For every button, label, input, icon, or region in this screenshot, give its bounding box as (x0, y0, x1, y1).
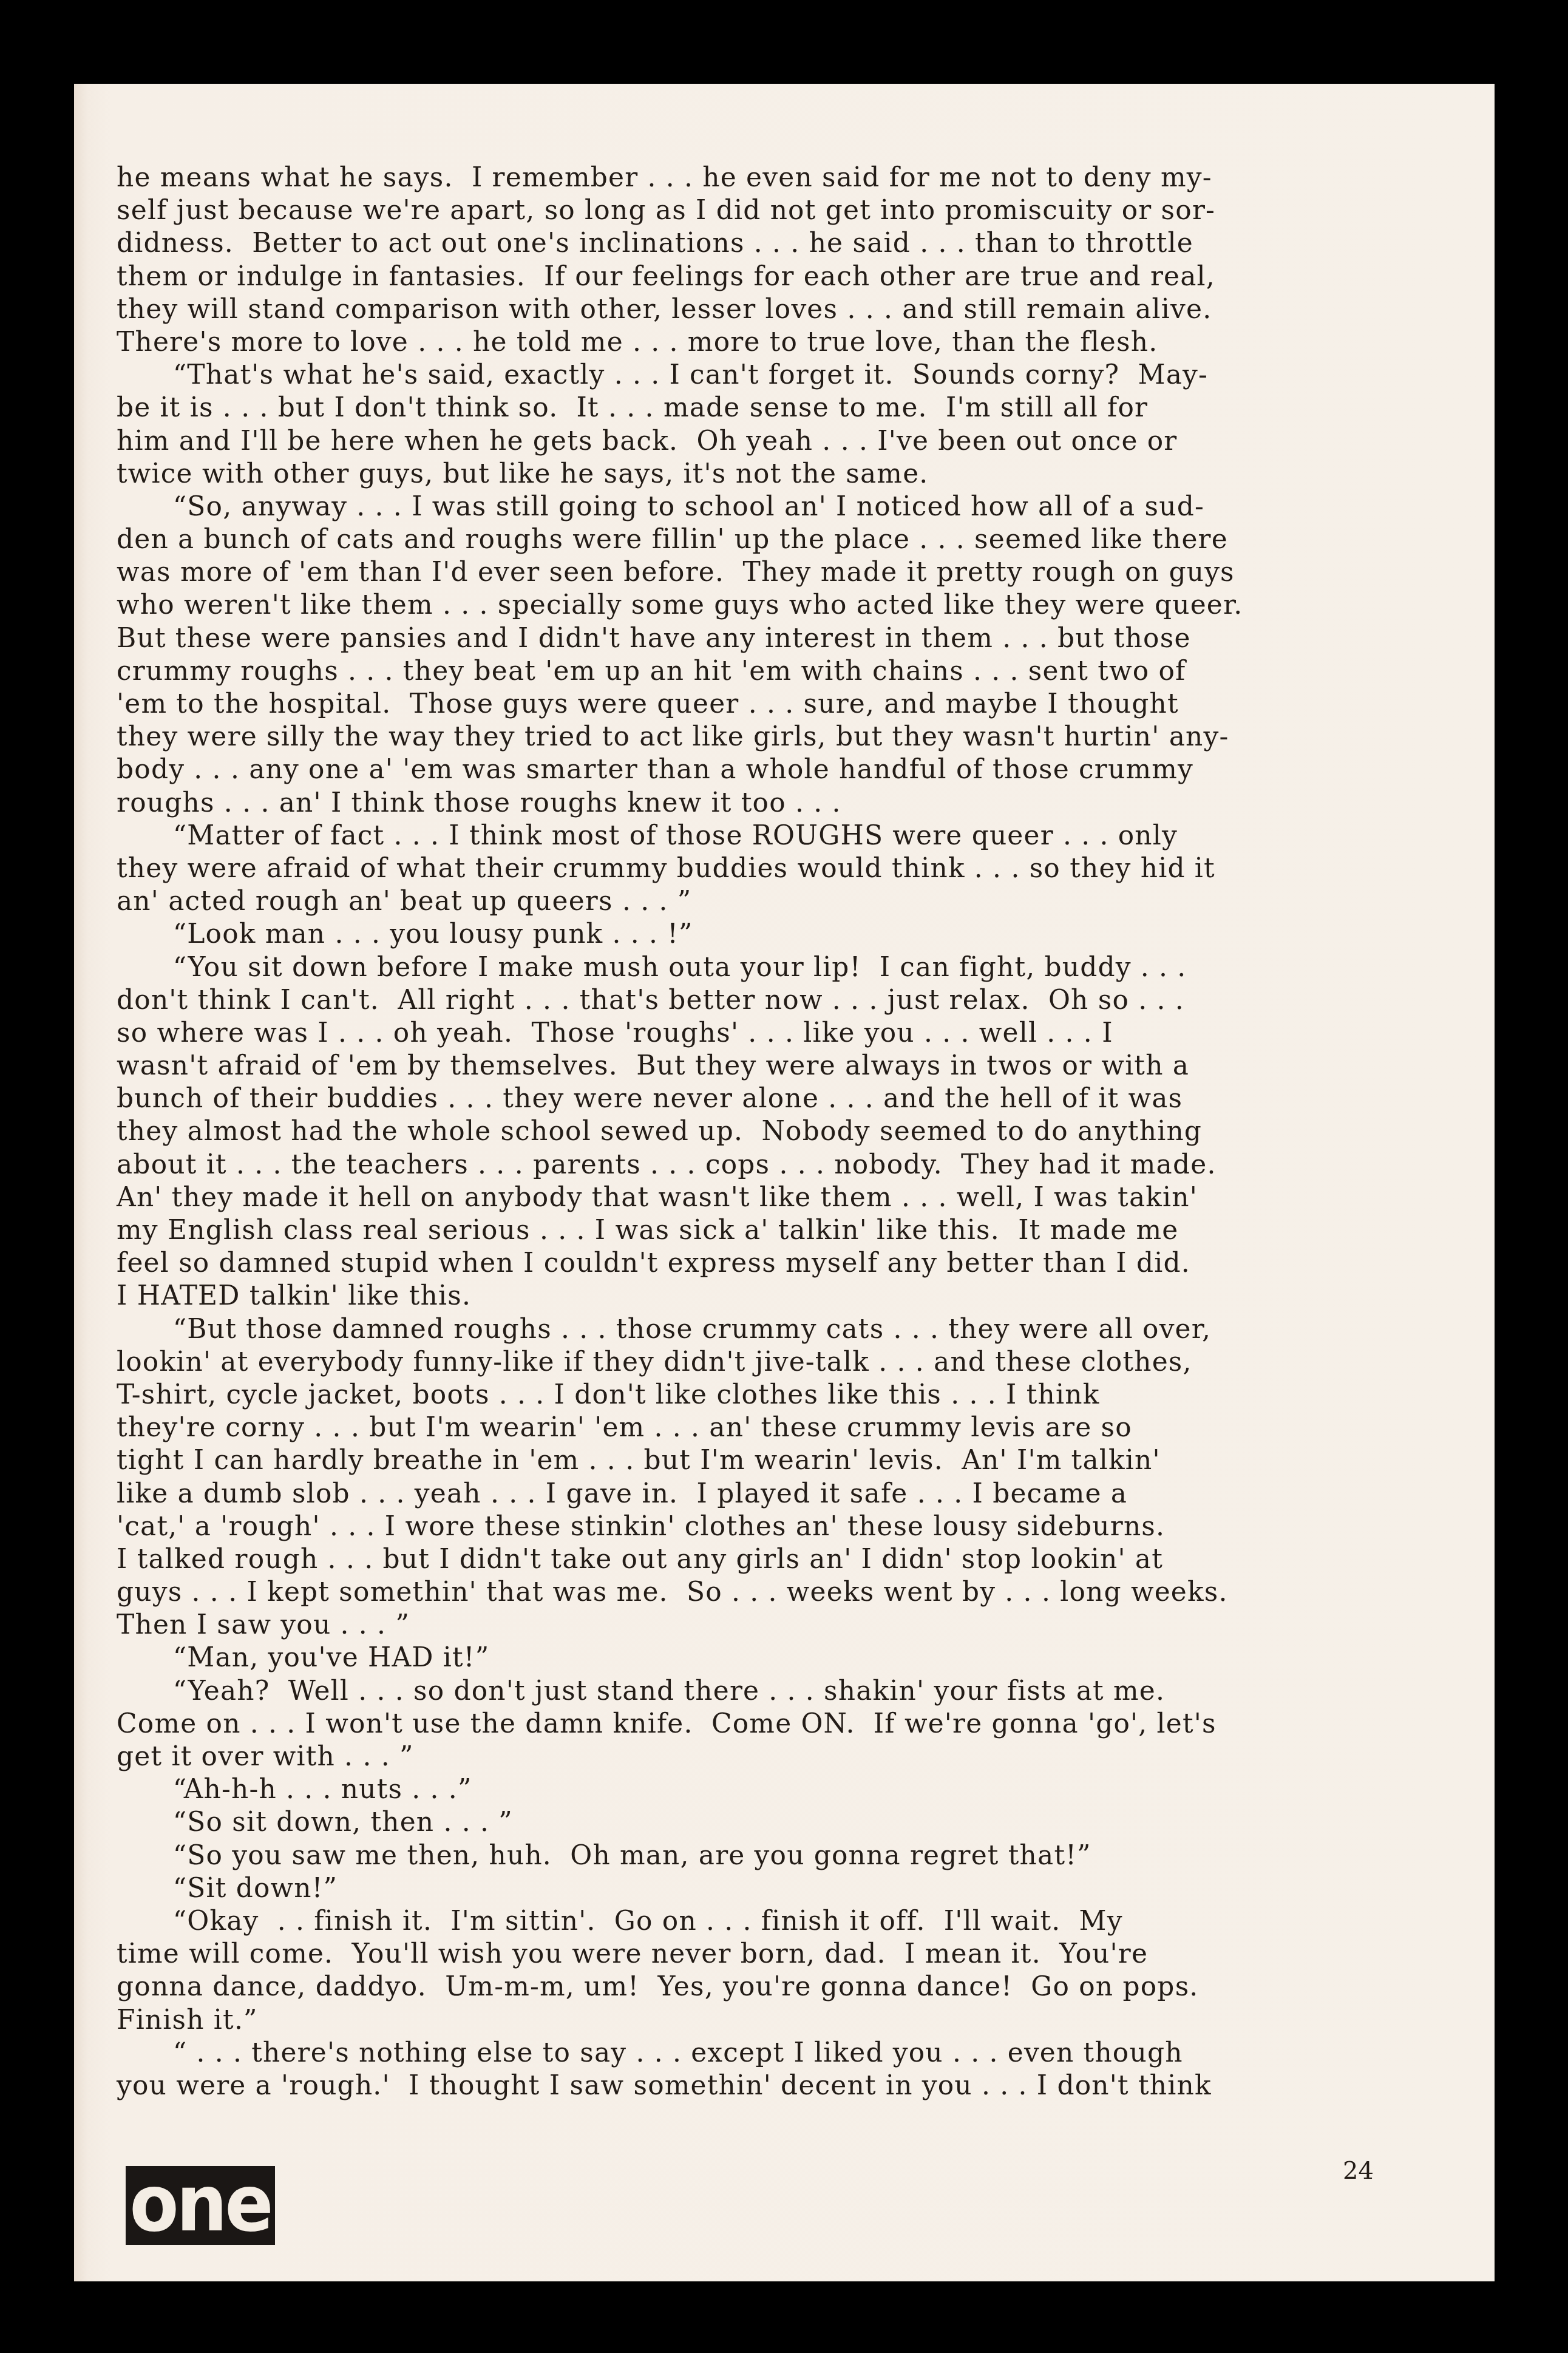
text-line: get it over with . . . ” (117, 1740, 1458, 1773)
text-line: “So sit down, then . . . ” (117, 1806, 1458, 1839)
text-line: “So you saw me then, huh. Oh man, are yo… (117, 1839, 1458, 1872)
text-line: them or indulge in fantasies. If our fee… (117, 260, 1458, 293)
text-line: “ . . . there's nothing else to say . . … (117, 2037, 1458, 2069)
text-line: they almost had the whole school sewed u… (117, 1115, 1458, 1148)
text-line: self just because we're apart, so long a… (117, 194, 1458, 227)
text-line: An' they made it hell on anybody that wa… (117, 1181, 1458, 1214)
text-line: twice with other guys, but like he says,… (117, 458, 1458, 491)
text-line: Then I saw you . . . ” (117, 1609, 1458, 1642)
logo-text: one (129, 2165, 271, 2242)
text-line: my English class real serious . . . I wa… (117, 1214, 1458, 1247)
text-line: they're corny . . . but I'm wearin' 'em … (117, 1411, 1458, 1444)
text-line: he means what he says. I remember . . . … (117, 161, 1458, 194)
text-line: There's more to love . . . he told me . … (117, 326, 1458, 359)
magazine-logo: one (126, 2166, 275, 2245)
text-line: guys . . . I kept somethin' that was me.… (117, 1576, 1458, 1609)
text-line: lookin' at everybody funny-like if they … (117, 1346, 1458, 1379)
text-line: gonna dance, daddyo. Um-m-m, um! Yes, yo… (117, 1971, 1458, 2003)
page-number: 24 (1343, 2157, 1374, 2185)
text-line: “So, anyway . . . I was still going to s… (117, 491, 1458, 523)
text-line: “Matter of fact . . . I think most of th… (117, 820, 1458, 852)
text-line: 'em to the hospital. Those guys were que… (117, 688, 1458, 721)
text-line: they were afraid of what their crummy bu… (117, 852, 1458, 885)
text-line: “Sit down!” (117, 1872, 1458, 1905)
text-line: “Yeah? Well . . . so don't just stand th… (117, 1675, 1458, 1708)
text-line: tight I can hardly breathe in 'em . . . … (117, 1444, 1458, 1477)
text-line: like a dumb slob . . . yeah . . . I gave… (117, 1478, 1458, 1510)
text-line: T-shirt, cycle jacket, boots . . . I don… (117, 1379, 1458, 1411)
text-line: I talked rough . . . but I didn't take o… (117, 1543, 1458, 1576)
text-line: “Okay . . finish it. I'm sittin'. Go on … (117, 1905, 1458, 1938)
text-line: “Look man . . . you lousy punk . . . !” (117, 918, 1458, 951)
text-line: “You sit down before I make mush outa yo… (117, 951, 1458, 984)
text-line: don't think I can't. All right . . . tha… (117, 984, 1458, 1017)
text-line: 'cat,' a 'rough' . . . I wore these stin… (117, 1510, 1458, 1543)
text-line: “That's what he's said, exactly . . . I … (117, 359, 1458, 392)
text-line: den a bunch of cats and roughs were fill… (117, 523, 1458, 556)
text-line: feel so damned stupid when I couldn't ex… (117, 1247, 1458, 1280)
text-line: time will come. You'll wish you were nev… (117, 1938, 1458, 1971)
text-line: I HATED talkin' like this. (117, 1280, 1458, 1312)
text-line: But these were pansies and I didn't have… (117, 622, 1458, 655)
text-line: didness. Better to act out one's inclina… (117, 227, 1458, 260)
text-line: him and I'll be here when he gets back. … (117, 425, 1458, 458)
text-line: roughs . . . an' I think those roughs kn… (117, 787, 1458, 820)
text-line: “Ah-h-h . . . nuts . . .” (117, 1773, 1458, 1806)
text-line: “Man, you've HAD it!” (117, 1642, 1458, 1674)
text-line: you were a 'rough.' I thought I saw some… (117, 2069, 1458, 2102)
magazine-page: he means what he says. I remember . . . … (74, 84, 1495, 2281)
text-line: bunch of their buddies . . . they were n… (117, 1082, 1458, 1115)
text-line: body . . . any one a' 'em was smarter th… (117, 753, 1458, 786)
text-line: about it . . . the teachers . . . parent… (117, 1149, 1458, 1181)
text-line: an' acted rough an' beat up queers . . .… (117, 885, 1458, 918)
text-line: be it is . . . but I don't think so. It … (117, 392, 1458, 424)
text-line: Come on . . . I won't use the damn knife… (117, 1708, 1458, 1740)
text-line: “But those damned roughs . . . those cru… (117, 1313, 1458, 1346)
text-line: crummy roughs . . . they beat 'em up an … (117, 655, 1458, 688)
body-text: he means what he says. I remember . . . … (117, 161, 1476, 2102)
text-line: wasn't afraid of 'em by themselves. But … (117, 1050, 1458, 1082)
text-line: was more of 'em than I'd ever seen befor… (117, 556, 1458, 589)
text-line: so where was I . . . oh yeah. Those 'rou… (117, 1017, 1458, 1050)
text-line: who weren't like them . . . specially so… (117, 589, 1458, 622)
text-line: Finish it.” (117, 2004, 1458, 2037)
text-line: they will stand comparison with other, l… (117, 293, 1458, 326)
text-line: they were silly the way they tried to ac… (117, 721, 1458, 753)
